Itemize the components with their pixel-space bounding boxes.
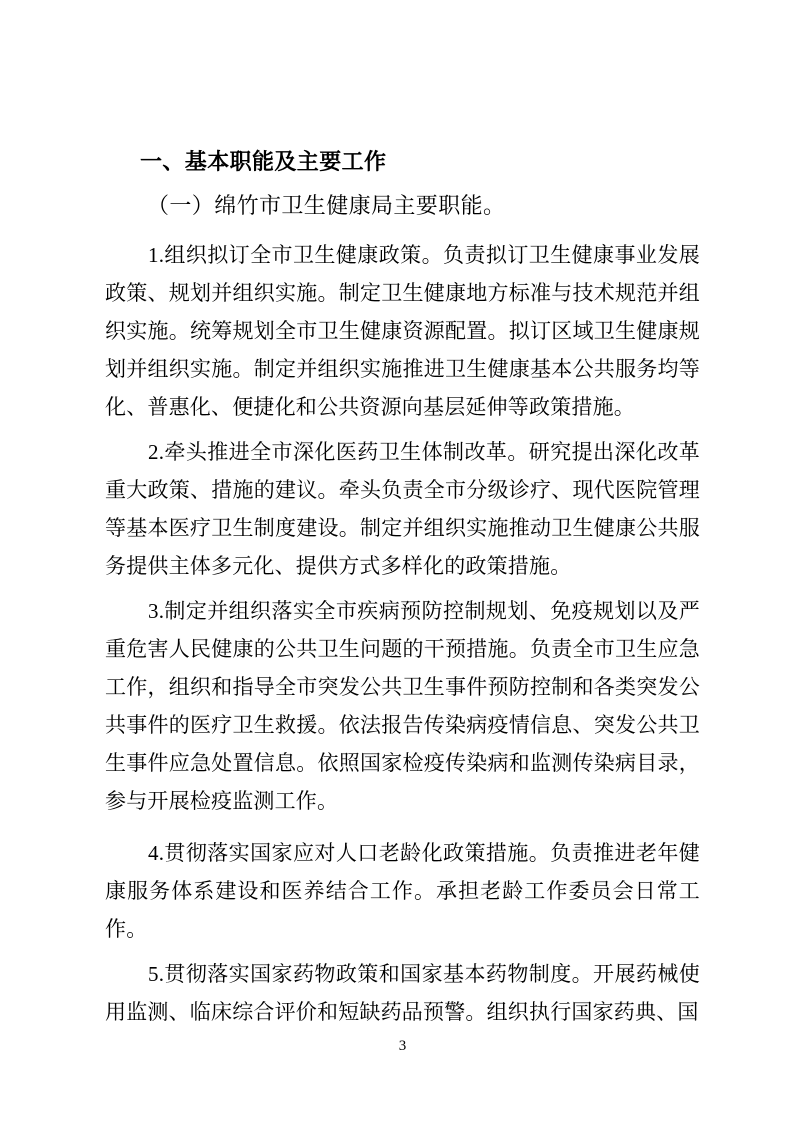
paragraph-5: 5.贯彻落实国家药物政策和国家基本药物制度。开展药械使用监测、临床综合评价和短缺… [105, 955, 700, 1031]
paragraph-4: 4.贯彻落实国家应对人口老龄化政策措施。负责推进老年健康服务体系建设和医养结合工… [105, 834, 700, 948]
paragraph-1: 1.组织拟订全市卫生健康政策。负责拟订卫生健康事业发展政策、规划并组织实施。制定… [105, 236, 700, 426]
document-content: 一、基本职能及主要工作 （一）绵竹市卫生健康局主要职能。 1.组织拟订全市卫生健… [105, 0, 700, 1122]
paragraph-2: 2.牵头推进全市深化医药卫生体制改革。研究提出深化改革重大政策、措施的建议。牵头… [105, 433, 700, 585]
paragraph-3: 3.制定并组织落实全市疾病预防控制规划、免疫规划以及严重危害人民健康的公共卫生问… [105, 592, 700, 820]
page-number: 3 [105, 1036, 700, 1056]
section-heading: 一、基本职能及主要工作 [140, 142, 700, 182]
subsection-heading: （一）绵竹市卫生健康局主要职能。 [105, 186, 700, 226]
document-page: 一、基本职能及主要工作 （一）绵竹市卫生健康局主要职能。 1.组织拟订全市卫生健… [0, 0, 793, 1122]
